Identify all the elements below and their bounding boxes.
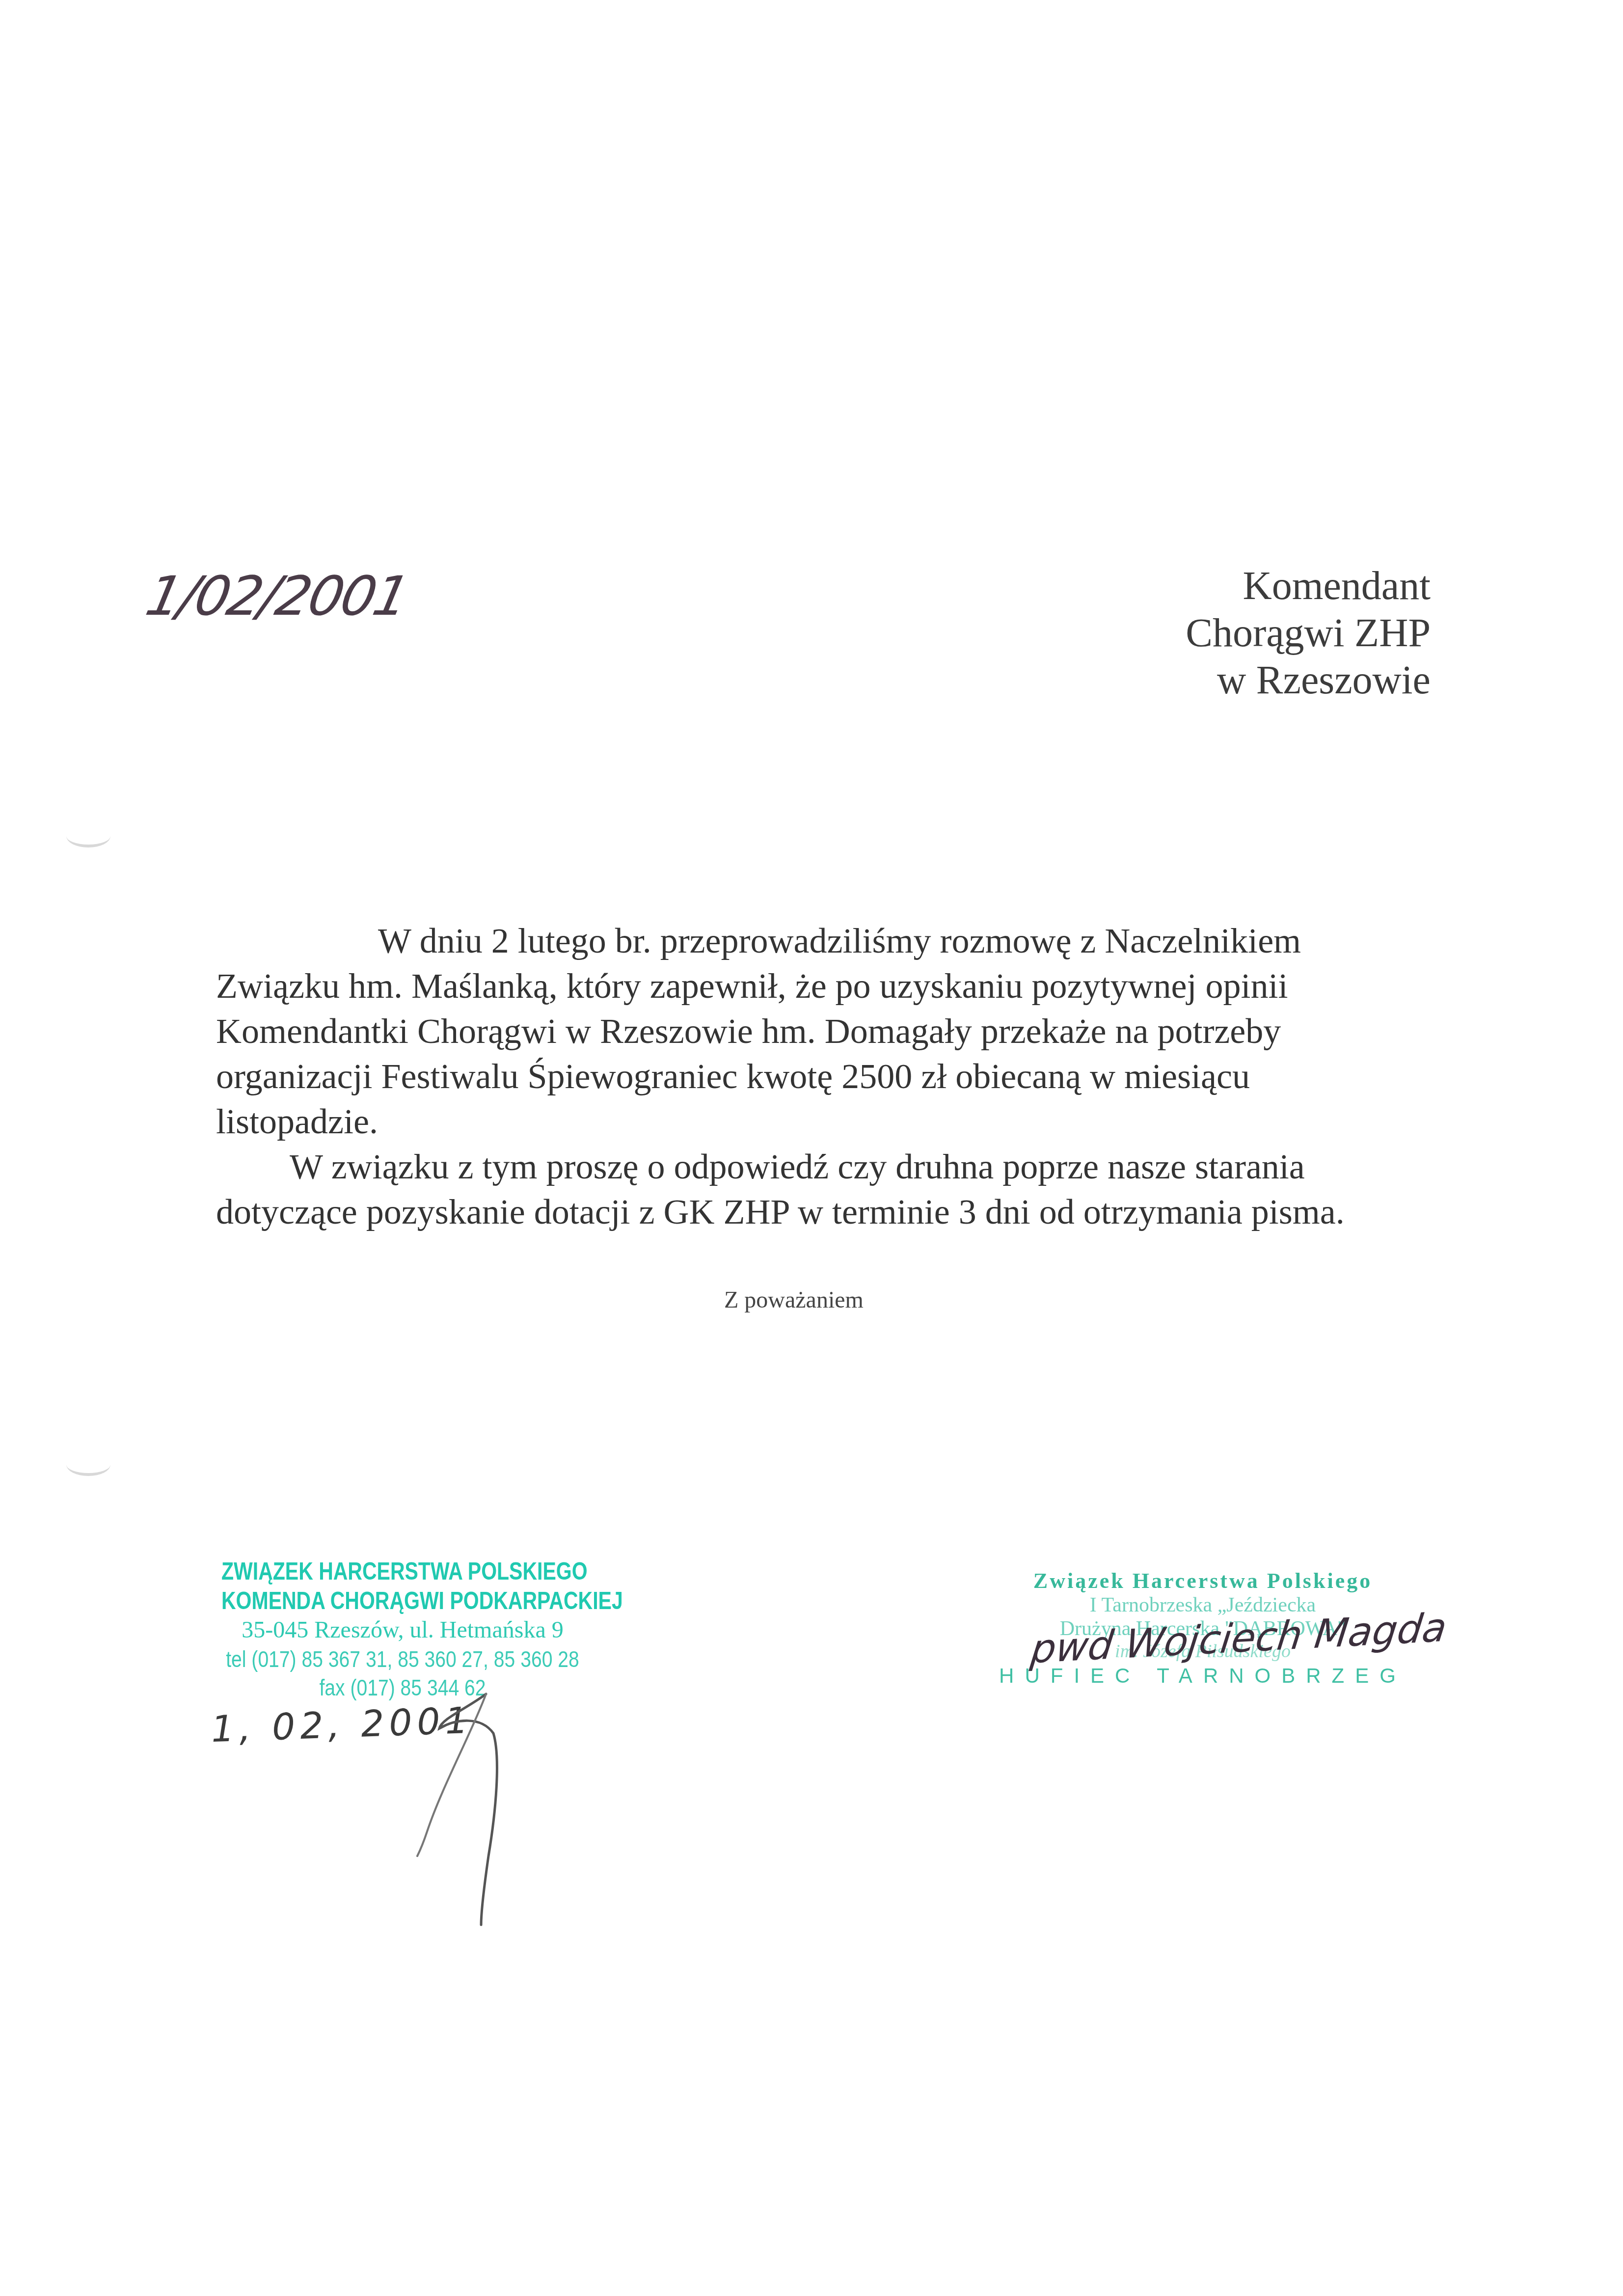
stamp-zhp-komenda: ZWIĄZEK HARCERSTWA POLSKIEGO KOMENDA CHO… [182, 1557, 623, 1702]
body-paragraph: W związku z tym proszę o odpowiedź czy d… [216, 1144, 1419, 1234]
stamp-line: tel (017) 85 367 31, 85 360 27, 85 360 2… [215, 1645, 591, 1673]
recipient-line: Chorągwi ZHP [1186, 609, 1431, 656]
stamp-line: Związek Harcerstwa Polskiego [992, 1569, 1414, 1593]
recipient-line: w Rzeszowie [1186, 656, 1431, 704]
punch-hole-mark [66, 825, 110, 847]
recipient-block: Komendant Chorągwi ZHP w Rzeszowie [1186, 562, 1431, 704]
stamp-line: ZWIĄZEK HARCERSTWA POLSKIEGO [221, 1557, 584, 1586]
body-paragraph: W dniu 2 lutego br. przeprowadziliśmy ro… [216, 918, 1419, 1144]
letter-body: W dniu 2 lutego br. przeprowadziliśmy ro… [216, 918, 1419, 1234]
handwritten-date: 1/02/2001 [140, 565, 413, 628]
recipient-line: Komendant [1186, 562, 1431, 609]
stamp-line: KOMENDA CHORĄGWI PODKARPACKIEJ [221, 1586, 584, 1615]
signature-scribble [383, 1689, 540, 1944]
stamp-line: 35-045 Rzeszów, ul. Hetmańska 9 [182, 1615, 623, 1645]
closing-salutation: Z poważaniem [724, 1286, 864, 1313]
punch-hole-mark [66, 1453, 110, 1476]
